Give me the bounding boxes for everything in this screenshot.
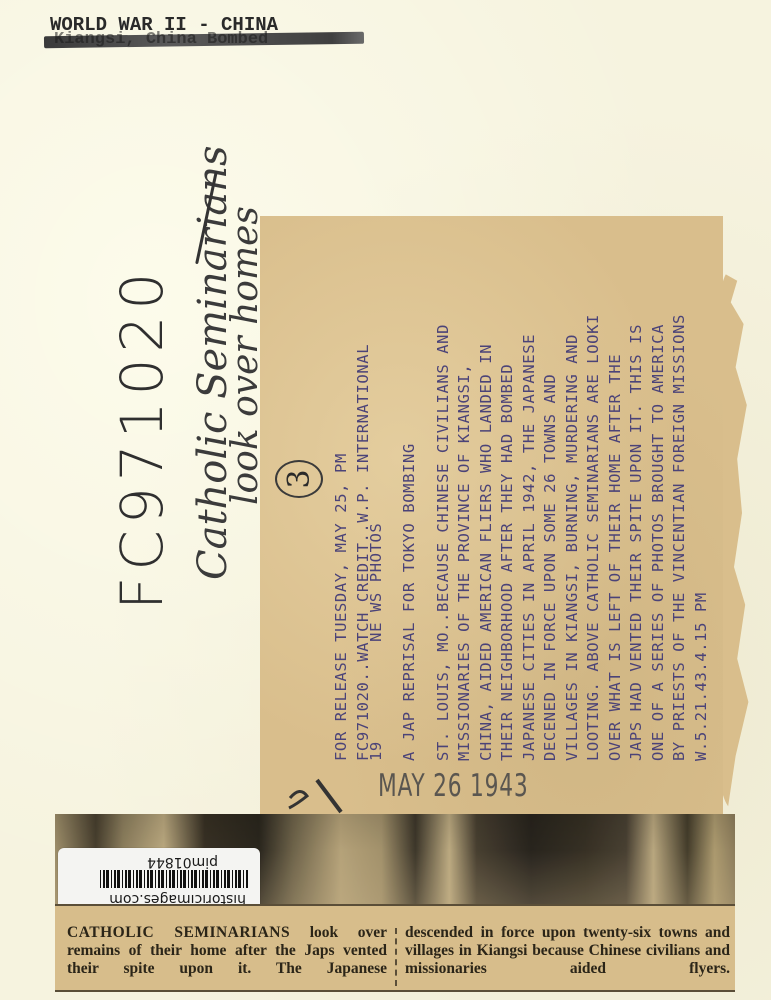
press-release-line: ONE OF A SERIES OF PHOTOS BROUGHT TO AME…: [649, 324, 667, 761]
sticker-item-code: pim01844: [147, 854, 218, 870]
caption-column-divider: [395, 928, 399, 986]
handwritten-photo-code: FC971020: [108, 267, 176, 610]
circled-number: 3: [275, 460, 323, 498]
caption-right-column: descended in force upon twenty-six towns…: [405, 924, 730, 978]
press-release-line: DECENED IN FORCE UPON SOME 26 TOWNS AND: [541, 374, 559, 761]
received-date-stamp: MAY 26 1943: [378, 768, 528, 804]
press-release-line: OVER WHAT IS LEFT OF THEIR HOME AFTER TH…: [606, 354, 624, 761]
press-release-line: A JAP REPRISAL FOR TOKYO BOMBING: [400, 443, 418, 761]
press-release-line: FOR RELEASE TUESDAY, MAY 25, PM: [332, 453, 350, 761]
caption-lead: CATHOLIC SEMINARIANS: [67, 924, 290, 941]
press-release-line: THEIR NEIGHBORHOOD AFTER THEY HAD BOMBED: [498, 364, 516, 761]
press-release-line: BY PRIESTS OF THE VINCENTIAN FOREIGN MIS…: [670, 314, 688, 761]
header-title: WORLD WAR II - CHINA: [50, 14, 278, 36]
press-release-line: JAPANESE CITIES IN APRIL 1942, THE JAPAN…: [520, 334, 538, 761]
press-release-line: JAPS HAD VENTED THEIR SPITE UPON IT. THI…: [627, 324, 645, 761]
photo-caption: CATHOLIC SEMINARIANS look over remains o…: [55, 904, 735, 992]
press-release-line: CHINA, AIDED AMERICAN FLIERS WHO LANDED …: [477, 344, 495, 761]
press-release-line: W.5.21.43.4.15 PM: [692, 592, 710, 761]
press-release-clipping: FOR RELEASE TUESDAY, MAY 25, PMFC971020.…: [260, 216, 723, 816]
barcode-sticker: historicimages.com pim01844: [58, 848, 260, 910]
press-release-line: VILLAGES IN KIANGSI, BURNING, MURDERING …: [563, 334, 581, 761]
press-release-line: 19 NE WS PHOTOS: [367, 523, 385, 761]
caption-left-column: CATHOLIC SEMINARIANS look over remains o…: [67, 924, 387, 978]
pencil-check-mark-icon: [285, 778, 345, 814]
barcode-icon: [98, 870, 248, 888]
press-release-line: ST. LOUIS, MO..BECAUSE CHINESE CIVILIANS…: [434, 324, 452, 761]
press-release-line: MISSIONARIES OF THE PROVINCE OF KIANGSI,: [455, 364, 473, 761]
press-release-line: LOOTING. ABOVE CATHOLIC SEMINARIANS ARE …: [584, 314, 602, 761]
